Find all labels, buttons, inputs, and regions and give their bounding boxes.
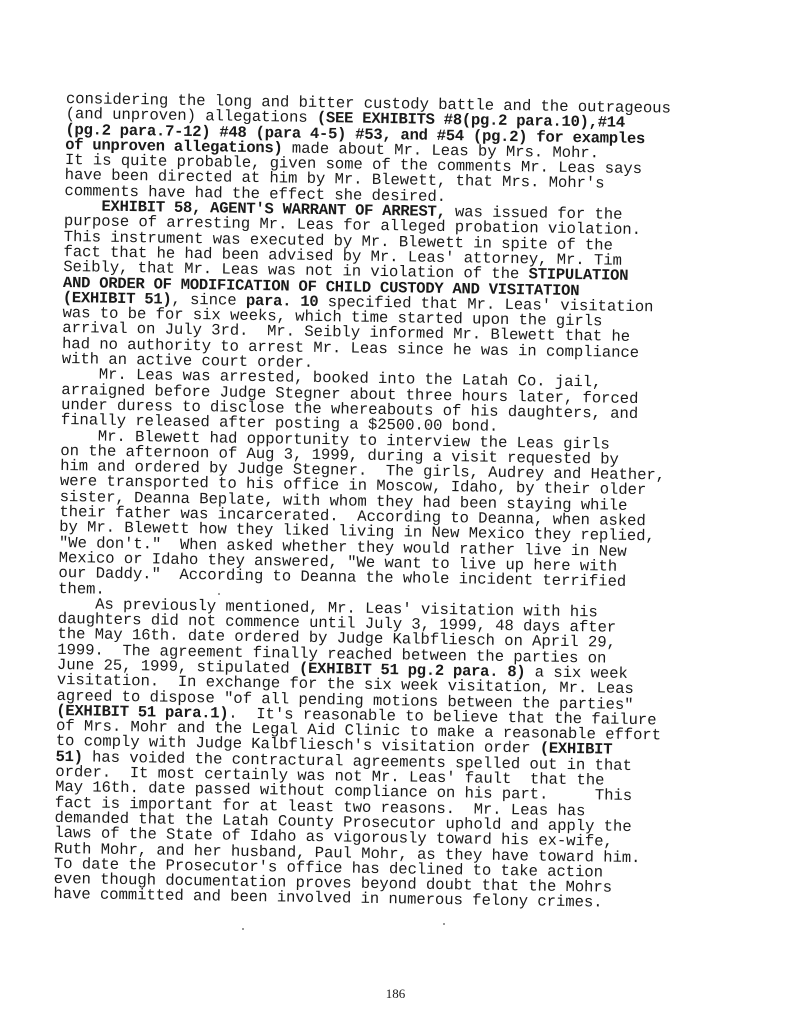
document-body: considering the long and bitter custody … <box>53 92 726 913</box>
scan-speck <box>443 923 445 925</box>
scan-speck <box>218 593 220 595</box>
scan-speck <box>242 928 244 930</box>
page-number: 186 <box>0 986 791 1002</box>
